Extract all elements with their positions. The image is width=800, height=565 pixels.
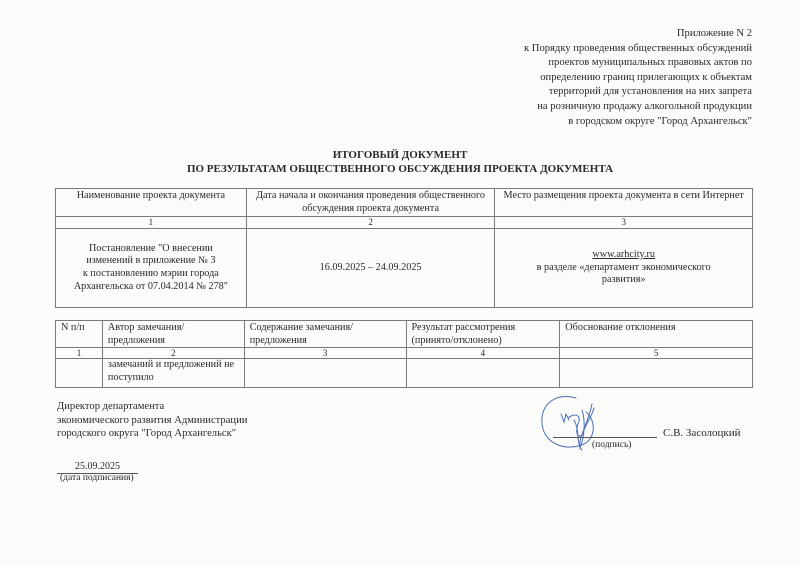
- data-cell: [406, 359, 560, 388]
- number-cell: 1: [56, 217, 247, 229]
- text-line: в разделе «департамент экономического: [498, 262, 749, 275]
- table-header-row: Наименование проекта документа Дата нача…: [56, 189, 753, 217]
- text-line: экономического развития Администрации: [57, 414, 247, 428]
- signer-name: С.В. Засолоцкий: [663, 427, 741, 439]
- data-cell: [56, 359, 103, 388]
- dates-cell: 16.09.2025 – 24.09.2025: [246, 229, 495, 308]
- project-info-table: Наименование проекта документа Дата нача…: [55, 188, 753, 308]
- number-cell: 5: [560, 348, 753, 359]
- signature-caption: (подпись): [592, 440, 631, 450]
- text-line: Постановление "О внесении: [59, 243, 243, 256]
- comments-table: N п/п Автор замечания/предложения Содерж…: [55, 320, 753, 388]
- data-cell: [560, 359, 753, 388]
- director-title: Директор департамента экономического раз…: [57, 400, 247, 441]
- appendix-line: определению границ прилегающих к объекта…: [452, 71, 752, 86]
- text-line: Архангельска от 07.04.2014 № 278": [59, 281, 243, 294]
- number-cell: 2: [246, 217, 495, 229]
- table-row: Постановление "О внесении изменений в пр…: [56, 229, 753, 308]
- number-cell: 3: [244, 348, 406, 359]
- number-cell: 1: [56, 348, 103, 359]
- header-cell: Место размещения проекта документа в сет…: [495, 189, 753, 217]
- header-cell: N п/п: [56, 321, 103, 348]
- table-header-row: N п/п Автор замечания/предложения Содерж…: [56, 321, 753, 348]
- title-line-2: ПО РЕЗУЛЬТАТАМ ОБЩЕСТВЕННОГО ОБСУЖДЕНИЯ …: [0, 163, 800, 177]
- appendix-line: территорий для установления на них запре…: [452, 85, 752, 100]
- website-link[interactable]: www.arhcity.ru: [498, 249, 749, 262]
- signature-line: [553, 437, 657, 438]
- document-title: ИТОГОВЫЙ ДОКУМЕНТ ПО РЕЗУЛЬТАТАМ ОБЩЕСТВ…: [0, 149, 800, 176]
- text-line: Директор департамента: [57, 400, 247, 414]
- table-number-row: 1 2 3 4 5: [56, 348, 753, 359]
- appendix-line: к Порядку проведения общественных обсужд…: [452, 42, 752, 57]
- header-cell: Содержание замечания/предложения: [244, 321, 406, 348]
- appendix-line: в городском округе "Город Архангельск": [452, 115, 752, 130]
- table-row: замечаний и предложений не поступило: [56, 359, 753, 388]
- number-cell: 2: [102, 348, 244, 359]
- table-number-row: 1 2 3: [56, 217, 753, 229]
- signing-date-caption: (дата подписания): [60, 473, 134, 483]
- number-cell: 3: [495, 217, 753, 229]
- text-line: городского округа "Город Архангельск": [57, 427, 247, 441]
- text-line: развития»: [498, 274, 749, 287]
- header-cell: Результат рассмотрения (принято/отклонен…: [406, 321, 560, 348]
- title-line-1: ИТОГОВЫЙ ДОКУМЕНТ: [0, 149, 800, 163]
- data-cell: [244, 359, 406, 388]
- text-line: к постановлению мэрии города: [59, 268, 243, 281]
- header-cell: Автор замечания/предложения: [102, 321, 244, 348]
- header-cell: Дата начала и окончания проведения общес…: [246, 189, 495, 217]
- appendix-line: Приложение N 2: [452, 27, 752, 42]
- header-cell: Наименование проекта документа: [56, 189, 247, 217]
- header-cell: Обоснование отклонения: [560, 321, 753, 348]
- project-name-cell: Постановление "О внесении изменений в пр…: [56, 229, 247, 308]
- appendix-header: Приложение N 2 к Порядку проведения обще…: [452, 27, 752, 129]
- text-line: изменений в приложение № 3: [59, 255, 243, 268]
- appendix-line: проектов муниципальных правовых актов по: [452, 56, 752, 71]
- appendix-line: на розничную продажу алкогольной продукц…: [452, 100, 752, 115]
- place-cell: www.arhcity.ru в разделе «департамент эк…: [495, 229, 753, 308]
- number-cell: 4: [406, 348, 560, 359]
- data-cell: замечаний и предложений не поступило: [102, 359, 244, 388]
